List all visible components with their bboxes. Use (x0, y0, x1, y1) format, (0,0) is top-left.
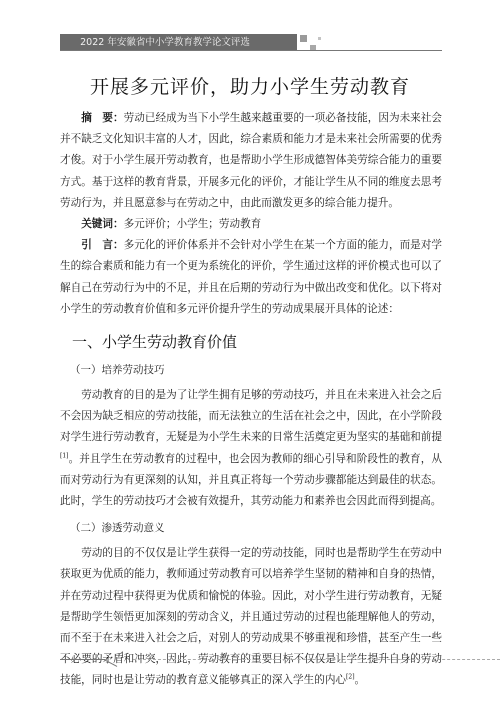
journal-name: 2022 年安徽省中小学教育教学论文评选 (60, 34, 270, 51)
footer-rule (60, 659, 105, 660)
introduction-label: 引 言： (81, 239, 123, 251)
subsection-heading: （一）培养劳动技巧 (70, 360, 442, 381)
paragraph-text: 。并且学生在劳动教育的过程中，也会因为教师的细心引导和阶段性的教育，从而对劳动行… (60, 453, 442, 507)
introduction: 引 言：多元化的评价体系并不会针对小学生在某一个方面的能力，而是对学生的综合素质… (60, 235, 442, 320)
footer-dotted-rule (133, 659, 500, 660)
keywords: 关键词：多元评价；小学生；劳动教育 (60, 214, 442, 235)
paper-title: 开展多元评价，助力小学生劳动教育 (0, 72, 500, 99)
keywords-text: 多元评价；小学生；劳动教育 (124, 218, 262, 230)
abstract-text: 劳动已经成为当下小学生越来越重要的一项必备技能，因为未来社会并不缺乏文化知识丰富… (60, 112, 442, 209)
paragraph-text: 。 (355, 674, 366, 686)
decorative-square-small (318, 37, 321, 40)
page-number: 1 (120, 651, 125, 660)
citation-ref: [1] (60, 452, 69, 459)
paragraph-text: 劳动教育的目的是为了让学生拥有足够的劳动技巧，并且在未来进入社会之后不会因为缺乏… (60, 389, 442, 443)
keywords-label: 关键词： (81, 218, 123, 230)
citation-ref: [2] (346, 674, 355, 681)
subsection-heading: （二）渗透劳动意义 (70, 518, 442, 539)
paper-body: 摘 要：劳动已经成为当下小学生越来越重要的一项必备技能，因为未来社会并不缺乏文化… (60, 108, 442, 692)
header-bar: 2022 年安徽省中小学教育教学论文评选 (60, 34, 297, 51)
abstract: 摘 要：劳动已经成为当下小学生越来越重要的一项必备技能，因为未来社会并不缺乏文化… (60, 108, 442, 214)
decorative-square-large (300, 35, 307, 42)
subsection-paragraph: 劳动教育的目的是为了让学生拥有足够的劳动技巧，并且在未来进入社会之后不会因为缺乏… (60, 385, 442, 512)
subsection-paragraph: 劳动的目的不仅仅是让学生获得一定的劳动技能，同时也是帮助学生在劳动中获取更为优质… (60, 543, 442, 691)
section-heading: 一、小学生劳动教育价值 (72, 330, 442, 354)
abstract-label: 摘 要： (81, 112, 123, 124)
header-rule (60, 50, 442, 51)
